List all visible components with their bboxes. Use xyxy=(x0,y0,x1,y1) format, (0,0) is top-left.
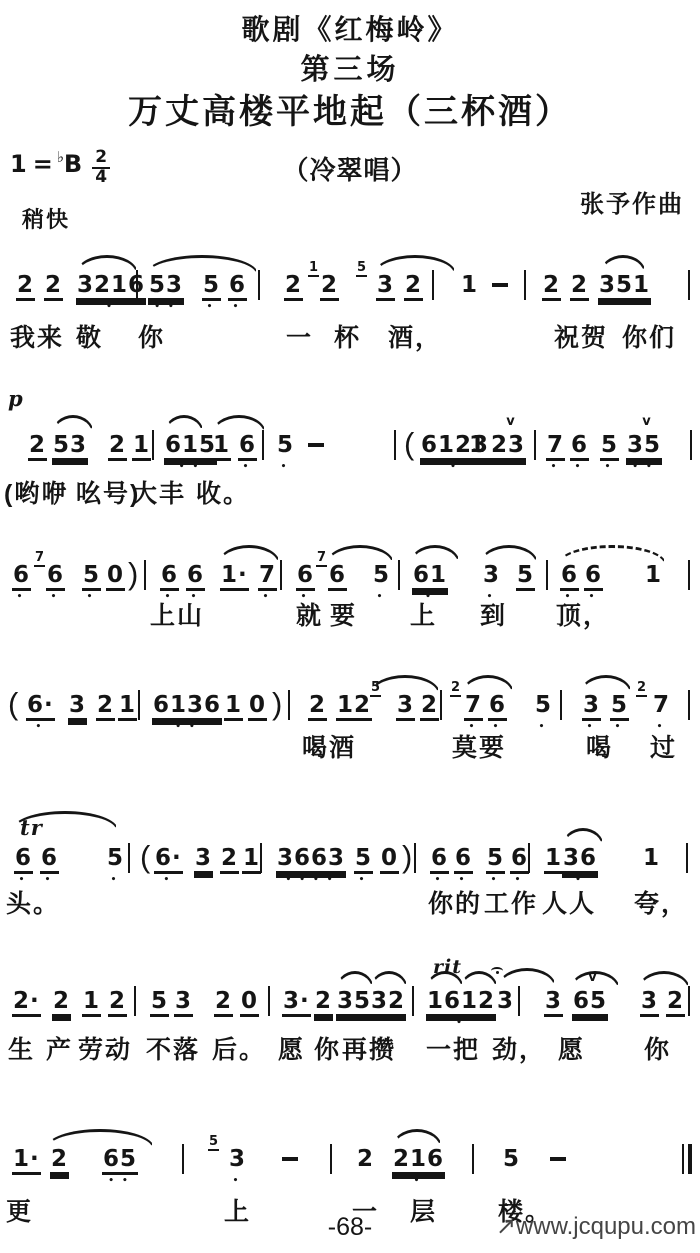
note: 3 xyxy=(544,988,563,1014)
note: 5 xyxy=(150,988,169,1014)
note: 0 xyxy=(240,988,259,1014)
bar-line xyxy=(440,690,442,720)
lyric: 莫要 xyxy=(452,728,506,764)
bar-line xyxy=(546,560,548,590)
octave-dots: • xyxy=(446,463,464,472)
lyric: 工作 xyxy=(484,884,538,920)
lyric: 你 xyxy=(138,318,165,354)
note: 2 xyxy=(108,432,127,458)
note: 2 xyxy=(52,988,71,1014)
bar-line xyxy=(528,843,530,873)
note: 2 xyxy=(108,988,127,1014)
bar-line xyxy=(268,986,270,1016)
note: 7• xyxy=(652,692,671,718)
octave-dots: • xyxy=(107,876,125,885)
lyric: 产 xyxy=(46,1030,73,1066)
lyric: 顶， xyxy=(556,596,610,632)
duration-dash xyxy=(282,1157,298,1161)
note: 2 xyxy=(284,272,303,298)
lyric: 你们 xyxy=(622,318,676,354)
octave-dots: • xyxy=(229,1177,247,1186)
bar-line xyxy=(690,430,692,460)
note: 6• xyxy=(228,272,247,298)
note: 1 xyxy=(544,845,563,871)
note: 5 xyxy=(516,562,535,588)
note: 5• xyxy=(372,562,391,588)
note: 6• xyxy=(238,432,257,458)
note: 53•• xyxy=(148,272,184,298)
octave-dots: • xyxy=(102,303,120,312)
note: 1 xyxy=(224,692,243,718)
lyric: 喝 xyxy=(586,728,613,764)
bar-line xyxy=(134,986,136,1016)
octave-dots: •• xyxy=(150,303,182,312)
lyric: 祝贺 xyxy=(554,318,608,354)
note: 7• xyxy=(258,562,277,588)
note: 6·• xyxy=(154,845,183,871)
octave-dots: • xyxy=(535,723,553,732)
note: 3 xyxy=(496,988,515,1014)
note: 2 xyxy=(314,988,333,1014)
note: 6• xyxy=(510,845,529,871)
note: 6• xyxy=(584,562,603,588)
octave-dots: •• xyxy=(171,723,203,732)
note: 2 xyxy=(420,692,439,718)
lyric: 人人 xyxy=(542,884,596,920)
note: 1 xyxy=(118,692,137,718)
grace-note: 2 xyxy=(636,681,647,697)
bar-line xyxy=(280,560,282,590)
lyric: 你 xyxy=(644,1030,671,1066)
note: 0 xyxy=(248,692,267,718)
bar-line xyxy=(524,270,526,300)
bar-line xyxy=(260,843,262,873)
note: 5• xyxy=(486,845,505,871)
note: 7• xyxy=(464,692,483,718)
note: 6• xyxy=(454,845,473,871)
note: 1 xyxy=(644,562,663,588)
octave-dots: • xyxy=(373,593,391,602)
note: 3• xyxy=(582,692,601,718)
octave-dots: • xyxy=(277,463,295,472)
note: 5• xyxy=(202,272,221,298)
note: 1 xyxy=(468,432,487,458)
octave-dots: • xyxy=(239,463,257,472)
octave-dots: • xyxy=(611,723,629,732)
octave-dots: • xyxy=(47,593,65,602)
bar-line xyxy=(688,560,690,590)
note: 6• xyxy=(14,845,33,871)
parenthesis: ) xyxy=(272,687,282,721)
note: 2 xyxy=(666,988,685,1014)
note: 3 xyxy=(640,988,659,1014)
bar-line xyxy=(288,690,290,720)
note: 2 xyxy=(28,432,47,458)
bar-line xyxy=(258,270,260,300)
note: 6• xyxy=(430,845,449,871)
note: 1 xyxy=(642,845,661,871)
note: 6·• xyxy=(26,692,55,718)
note: 3 xyxy=(194,845,213,871)
octave-dots: • xyxy=(410,1177,428,1186)
sheet-music-page: 歌剧《红梅岭》 第三场 万丈高楼平地起（三杯酒） 1=♭B24 （冷翠唱） 张予… xyxy=(0,0,700,1253)
slur xyxy=(12,811,118,830)
grace-note: 5 xyxy=(208,1135,219,1151)
grace-note: 5 xyxy=(370,681,381,697)
note: 615•• xyxy=(164,432,217,458)
note: 6• xyxy=(186,562,205,588)
note: 2 xyxy=(308,692,327,718)
note: 6 xyxy=(328,562,347,588)
note: 3 xyxy=(68,692,87,718)
note: 0 xyxy=(106,562,125,588)
note: 2 xyxy=(220,845,239,871)
bar-line xyxy=(560,690,562,720)
note: 2 xyxy=(50,1146,69,1172)
bar-line xyxy=(138,690,140,720)
note: 5• xyxy=(106,845,125,871)
octave-dots: • xyxy=(547,463,565,472)
note: 2 xyxy=(96,692,115,718)
bar-line xyxy=(330,1144,332,1174)
parenthesis: ( xyxy=(404,427,414,461)
lyric: 夸， xyxy=(634,884,688,920)
note: 23v xyxy=(490,432,526,458)
note: 351 xyxy=(598,272,651,298)
lyric: 大丰 xyxy=(132,474,186,510)
note: 5• xyxy=(276,432,295,458)
note: 6• xyxy=(296,562,315,588)
duration-dash xyxy=(492,283,508,287)
lyric: 后。 xyxy=(212,1030,266,1066)
lyric: 愿 xyxy=(558,1030,585,1066)
parenthesis: ) xyxy=(128,557,138,591)
note: 5• xyxy=(82,562,101,588)
bar-line xyxy=(398,560,400,590)
note: 3• xyxy=(228,1146,247,1172)
bar-line xyxy=(534,430,536,460)
note: 1 xyxy=(132,432,151,458)
note: 2 xyxy=(404,272,423,298)
octave-dots: •••• xyxy=(281,876,340,885)
bar-line xyxy=(432,270,434,300)
note: 3· xyxy=(282,988,311,1014)
slur xyxy=(498,968,556,987)
note: 2 xyxy=(542,272,561,298)
note: 65v xyxy=(572,988,608,1014)
note: 6• xyxy=(560,562,579,588)
lyric: 喝酒 xyxy=(302,728,356,764)
duration-dash xyxy=(550,1157,566,1161)
note: 1612•rit xyxy=(426,988,496,1014)
lyric: 上 xyxy=(410,596,437,632)
note: 1 xyxy=(82,988,101,1014)
lyric: 就 xyxy=(296,596,323,632)
octave-dots: • xyxy=(13,593,31,602)
note: 5 xyxy=(502,1146,521,1172)
octave-dots: •• xyxy=(104,1177,136,1186)
note: 6136•• xyxy=(152,692,222,718)
lyric: 吆号) xyxy=(76,474,140,510)
note: 6• xyxy=(40,845,59,871)
lyric: 生 xyxy=(8,1030,35,1066)
note: 6• xyxy=(488,692,507,718)
note: 2 xyxy=(16,272,35,298)
note: 36• xyxy=(562,845,598,871)
lyric: 再攒 xyxy=(342,1030,396,1066)
note: 1 xyxy=(460,272,479,298)
octave-dots: • xyxy=(229,303,247,312)
note: 2 xyxy=(320,272,339,298)
lyric: 要 xyxy=(330,596,357,632)
octave-dots: • xyxy=(259,593,277,602)
bar-line xyxy=(688,690,690,720)
parenthesis: ( xyxy=(8,687,18,721)
lyric: 你的 xyxy=(428,884,482,920)
bar-line xyxy=(412,986,414,1016)
note: 2 xyxy=(570,272,589,298)
octave-dots: • xyxy=(31,723,49,732)
bar-line xyxy=(128,843,130,873)
note: 65•• xyxy=(102,1146,138,1172)
lyric: 不落 xyxy=(146,1030,200,1066)
note: 1 xyxy=(242,845,261,871)
note: 61• xyxy=(412,562,448,588)
lyric: 过 xyxy=(650,728,677,764)
note: 5• xyxy=(610,692,629,718)
final-barline xyxy=(682,1144,692,1174)
note: 3663•••• xyxy=(276,845,346,871)
octave-dots: • xyxy=(601,463,619,472)
bar-line xyxy=(688,270,690,300)
bar-line xyxy=(518,986,520,1016)
lyric: 愿 xyxy=(278,1030,305,1066)
note: 6• xyxy=(570,432,589,458)
expression-mark: p xyxy=(8,386,24,411)
note: 35••v xyxy=(626,432,662,458)
note: 3532 xyxy=(336,988,406,1014)
note: 5• xyxy=(600,432,619,458)
note: 6• xyxy=(46,562,65,588)
note: 3 xyxy=(174,988,193,1014)
note: 2 xyxy=(214,988,233,1014)
note: 1 xyxy=(212,432,231,458)
lyric: 你 xyxy=(314,1030,341,1066)
note: 12 xyxy=(336,692,372,718)
note: 216• xyxy=(392,1146,445,1172)
note: 1· xyxy=(220,562,249,588)
octave-dots: • xyxy=(355,876,373,885)
lyric: 我来 xyxy=(10,318,64,354)
note: 6• xyxy=(160,562,179,588)
bar-line xyxy=(182,1144,184,1174)
duration-dash xyxy=(308,443,324,447)
bar-line xyxy=(394,430,396,460)
note: 3 xyxy=(376,272,395,298)
lyric: 酒， xyxy=(388,318,442,354)
lyric: 敬 xyxy=(76,318,103,354)
parenthesis: ) xyxy=(402,840,412,874)
breath-mark: v xyxy=(588,971,596,986)
parenthesis: ( xyxy=(140,840,150,874)
bar-line xyxy=(472,1144,474,1174)
octave-dots: • xyxy=(83,593,101,602)
grace-note: 2 xyxy=(450,681,461,697)
fermata-mark xyxy=(491,967,505,977)
octave-dots: • xyxy=(203,303,221,312)
octave-dots: • xyxy=(571,463,589,472)
note: 2· xyxy=(12,988,41,1014)
lyric: 一把 xyxy=(426,1030,480,1066)
bar-line xyxy=(686,843,688,873)
breath-mark: v xyxy=(642,415,650,430)
expression-mark: rit xyxy=(433,957,462,979)
octave-dots: •• xyxy=(628,463,660,472)
grace-note: 7 xyxy=(34,551,45,567)
bar-line xyxy=(144,560,146,590)
note: 5• xyxy=(354,845,373,871)
lyric: 上山 xyxy=(150,596,204,632)
bar-line xyxy=(414,843,416,873)
grace-note: 5 xyxy=(356,261,367,277)
grace-note: 7 xyxy=(316,551,327,567)
lyric: (哟咿 xyxy=(4,474,68,510)
lyric: 收。 xyxy=(196,474,250,510)
note: 0 xyxy=(380,845,399,871)
octave-dots: • xyxy=(159,876,177,885)
note: 3• xyxy=(482,562,501,588)
bar-line xyxy=(136,270,138,300)
grace-note: 1 xyxy=(308,261,319,277)
lyric: 到 xyxy=(480,596,507,632)
note: 5• xyxy=(534,692,553,718)
note: 2 xyxy=(44,272,63,298)
lyric: 劳动 xyxy=(78,1030,132,1066)
bar-line xyxy=(152,430,154,460)
bar-line xyxy=(688,986,690,1016)
octave-dots: •• xyxy=(175,463,207,472)
lyric: 劲， xyxy=(492,1030,546,1066)
bar-line xyxy=(262,430,264,460)
note: 7• xyxy=(546,432,565,458)
lyric: 头。 xyxy=(6,884,60,920)
octave-dots: • xyxy=(452,1019,470,1028)
note: 1· xyxy=(12,1146,41,1172)
breath-mark: v xyxy=(506,415,514,430)
note: 2 xyxy=(356,1146,375,1172)
note: 3 xyxy=(396,692,415,718)
lyric: 杯 xyxy=(334,318,361,354)
lyric: 一 xyxy=(286,318,313,354)
watermark: ↗www.jcqupu.com xyxy=(496,1212,696,1241)
note: 6• xyxy=(12,562,31,588)
score-area: 223216•53••5•6•212532122351我来敬你一杯酒，祝贺你们p… xyxy=(0,0,700,1253)
note: 53 xyxy=(52,432,88,458)
